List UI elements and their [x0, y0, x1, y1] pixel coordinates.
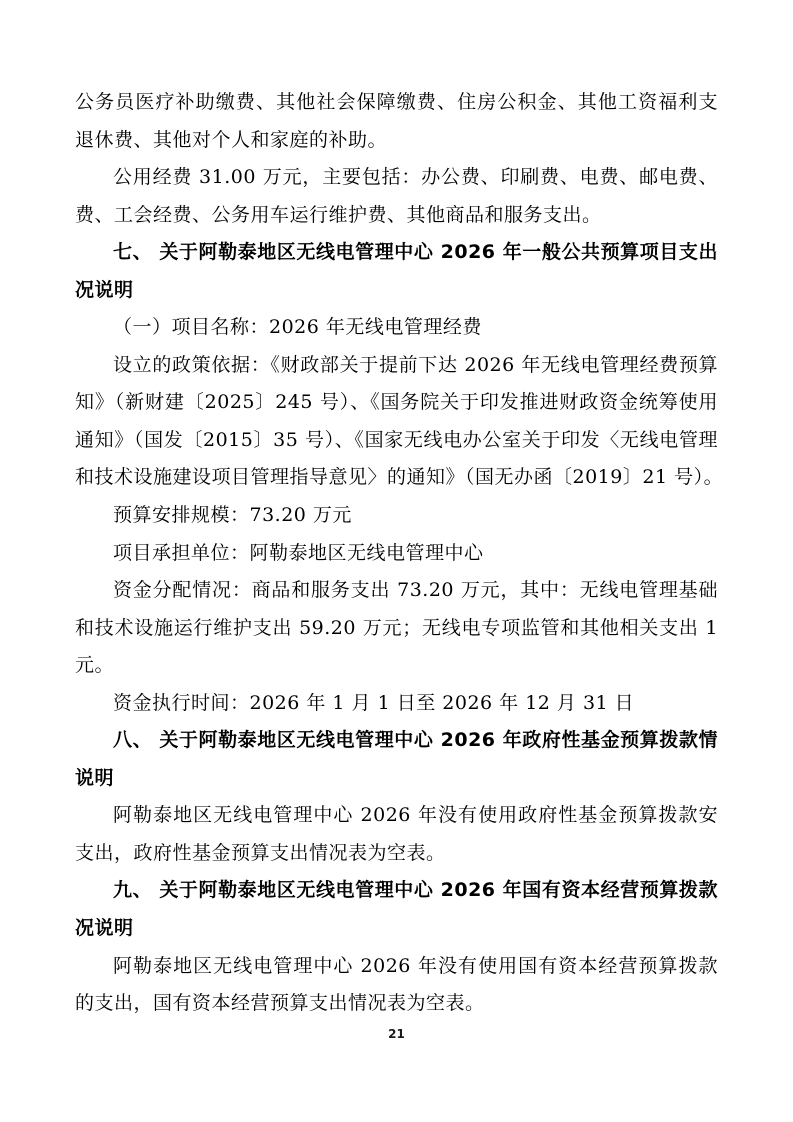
heading-line: 七、 关于阿勒泰地区无线电管理中心 2026 年一般公共预算项目支出情 — [75, 234, 718, 272]
body-line: 阿勒泰地区无线电管理中心 2026 年没有使用政府性基金预算拨款安排的 — [75, 797, 718, 835]
document-page: 公务员医疗补助缴费、其他社会保障缴费、住房公积金、其他工资福利支出、退休费、其他… — [0, 0, 793, 1122]
body-line: （一）项目名称：2026 年无线电管理经费 — [75, 309, 718, 347]
heading-line: 况说明 — [75, 272, 718, 310]
body-line: 和技术设施建设项目管理指导意见〉的通知》（国无办函〔2019〕21 号）。 — [75, 459, 718, 497]
heading-line: 八、 关于阿勒泰地区无线电管理中心 2026 年政府性基金预算拨款情况 — [75, 722, 718, 760]
page-number: 21 — [0, 1026, 793, 1042]
body-line: 公用经费 31.00 万元，主要包括：办公费、印刷费、电费、邮电费、差旅 — [75, 159, 718, 197]
body-line: 阿勒泰地区无线电管理中心 2026 年没有使用国有资本经营预算拨款安排 — [75, 948, 718, 986]
body-line: 支出，政府性基金预算支出情况表为空表。 — [75, 835, 718, 873]
heading-line: 九、 关于阿勒泰地区无线电管理中心 2026 年国有资本经营预算拨款情 — [75, 872, 718, 910]
body-line: 的支出，国有资本经营预算支出情况表为空表。 — [75, 985, 718, 1023]
body-line: 费、工会经费、公务用车运行维护费、其他商品和服务支出。 — [75, 197, 718, 235]
body-line: 通知》（国发〔2015〕35 号）、《国家无线电办公室关于印发〈无线电管理基础 — [75, 422, 718, 460]
body-line: 资金执行时间：2026 年 1 月 1 日至 2026 年 12 月 31 日 — [75, 685, 718, 723]
body-line: 预算安排规模：73.20 万元 — [75, 497, 718, 535]
body-line: 和技术设施运行维护支出 59.20 万元；无线电专项监管和其他相关支出 14 万 — [75, 610, 718, 648]
body-line: 退休费、其他对个人和家庭的补助。 — [75, 122, 718, 160]
document-content: 公务员医疗补助缴费、其他社会保障缴费、住房公积金、其他工资福利支出、退休费、其他… — [75, 84, 718, 1023]
heading-line: 况说明 — [75, 910, 718, 948]
body-line: 元。 — [75, 647, 718, 685]
heading-line: 说明 — [75, 760, 718, 798]
body-line: 知》（新财建〔2025〕245 号）、《国务院关于印发推进财政资金统筹使用方案的 — [75, 384, 718, 422]
body-line: 项目承担单位：阿勒泰地区无线电管理中心 — [75, 535, 718, 573]
body-line: 资金分配情况：商品和服务支出 73.20 万元，其中：无线电管理基础设施 — [75, 572, 718, 610]
body-line: 公务员医疗补助缴费、其他社会保障缴费、住房公积金、其他工资福利支出、 — [75, 84, 718, 122]
body-line: 设立的政策依据：《财政部关于提前下达 2026 年无线电管理经费预算的通 — [75, 347, 718, 385]
